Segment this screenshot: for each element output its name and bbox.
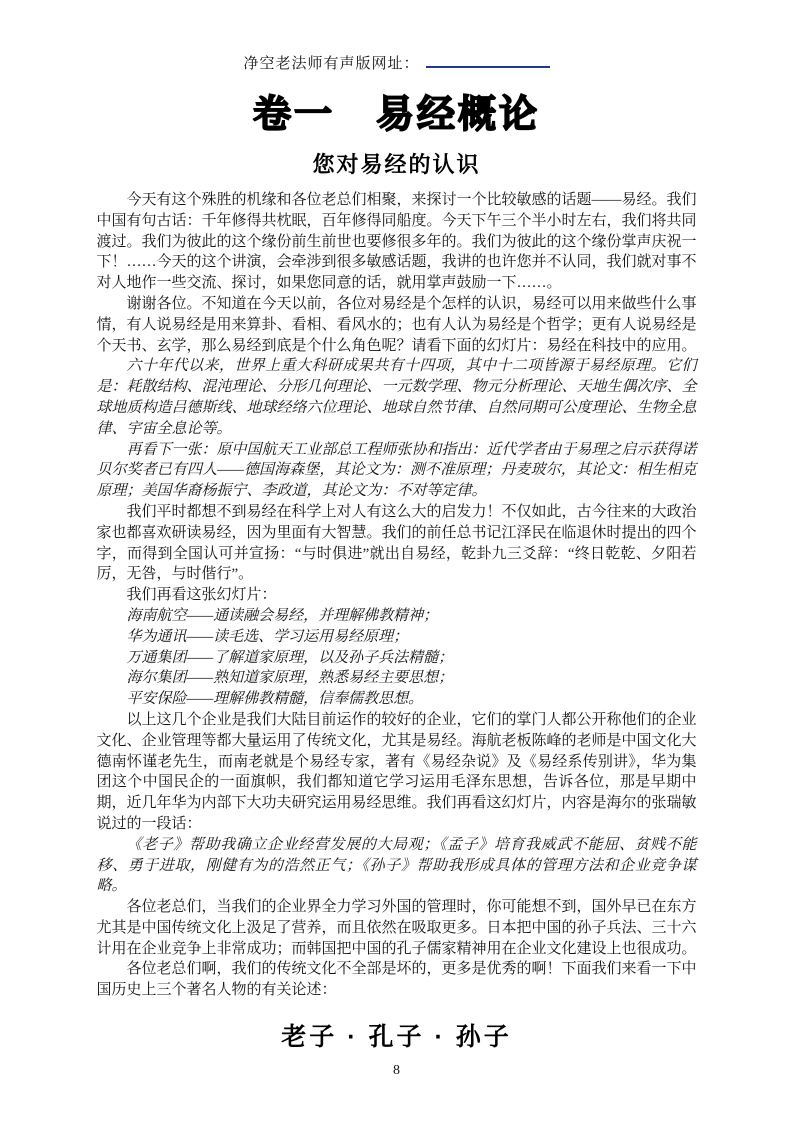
paragraph: 再看下一张：原中国航天工业部总工程师张协和指出：近代学者由于易理之启示获得诺贝尔…: [97, 440, 697, 502]
page-header: 净空老法师有声版网址：: [0, 0, 793, 73]
paragraph: 以上这几个企业是我们大陆目前运作的较好的企业，它们的掌门人都公开称他们的企业文化…: [97, 710, 697, 835]
paragraph: 六十年代以来，世界上重大科研成果共有十四项，其中十二项皆源于易经原理。它们是：耗…: [97, 356, 697, 439]
section-subtitle: 您对易经的认识: [0, 148, 793, 179]
paragraph: 各位老总们，当我们的企业界全力学习外国的管理时，你可能想不到，国外早已在东方尤其…: [97, 897, 697, 959]
page-title: 卷一 易经概论: [0, 95, 793, 135]
paragraph: 《老子》帮助我确立企业经营发展的大局观；《孟子》培育我威武不能屈、贫贱不能移、勇…: [97, 835, 697, 897]
paragraph: 各位老总们啊，我们的传统文化不全部是坏的，更多是优秀的啊！下面我们来看一下中国历…: [97, 959, 697, 1001]
paragraph: 今天有这个殊胜的机缘和各位老总们相聚，来探讨一个比较敏感的话题——易经。我们中国…: [97, 190, 697, 294]
document-page: 净空老法师有声版网址： 卷一 易经概论 您对易经的认识 今天有这个殊胜的机缘和各…: [0, 0, 793, 1122]
section-heading: 老子 · 孔子 · 孙子: [0, 1017, 793, 1053]
paragraph: 谢谢各位。不知道在今天以前，各位对易经是个怎样的认识，易经可以用来做些什么事情，…: [97, 294, 697, 356]
slide-list-item: 海南航空——通读融会易经，并理解佛教精神；: [97, 606, 697, 627]
page-number: 8: [0, 1063, 793, 1079]
url-blank-underline: [426, 54, 550, 68]
slide-list-item: 海尔集团——熟知道家原理，熟悉易经主要思想；: [97, 668, 697, 689]
header-url-label: 净空老法师有声版网址：: [243, 56, 419, 72]
slide-list-item: 万通集团——了解道家原理，以及孙子兵法精髓；: [97, 648, 697, 669]
body-paragraphs: 今天有这个殊胜的机缘和各位老总们相聚，来探讨一个比较敏感的话题——易经。我们中国…: [97, 190, 697, 1001]
paragraph: 我们平时都想不到易经在科学上对人有这么大的启发力！不仅如此，古今往来的大政治家也…: [97, 502, 697, 585]
slide-list-item: 华为通讯——读毛选、学习运用易经原理；: [97, 627, 697, 648]
slide-list-item: 平安保险——理解佛教精髓，信奉儒教思想。: [97, 689, 697, 710]
paragraph: 我们再看这张幻灯片：: [97, 585, 697, 606]
